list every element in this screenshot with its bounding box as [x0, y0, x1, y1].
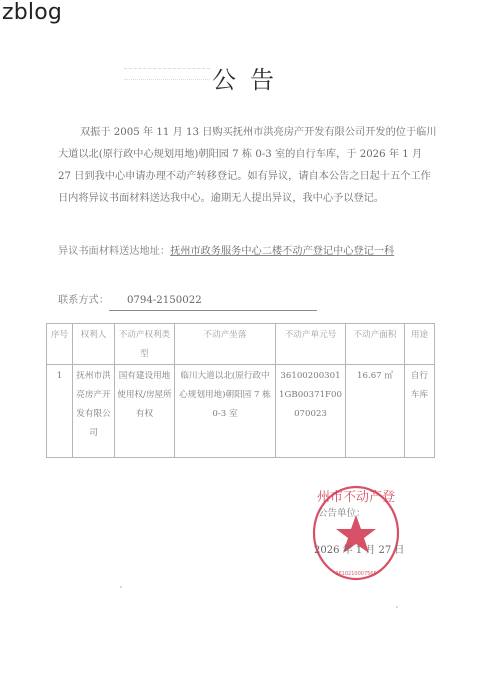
document-title: 公告 — [212, 60, 288, 95]
cell-area: 16.67 ㎡ — [346, 365, 405, 458]
header-area: 不动产面积 — [346, 324, 405, 365]
watermark-text: zblog — [2, 0, 62, 25]
notice-body: 双振于 2005 年 11 月 13 日购买抚州市洪亮房产开发有限公司开发的位于… — [58, 122, 438, 210]
svg-text:州市不动产登: 州市不动产登 — [317, 489, 395, 505]
header-location: 不动产坐落 — [175, 324, 276, 365]
contact-label: 联系方式： — [58, 295, 109, 306]
registration-table: 序号 权利人 不动产权利类型 不动产坐落 不动产单元号 不动产面积 用途 1 抚… — [46, 323, 435, 458]
faded-header-marks — [124, 68, 210, 80]
cell-index: 1 — [47, 365, 73, 458]
address-label: 异议书面材料送达地址： — [58, 246, 170, 257]
header-right-type: 不动产权利类型 — [115, 324, 175, 365]
header-unit-no: 不动产单元号 — [276, 324, 346, 365]
cell-location: 临川大道以北(原行政中心规划用地)朝阳园 7 栋 0-3 室 — [175, 365, 276, 458]
cell-owner: 抚州市洪亮房产开发有限公司 — [73, 365, 115, 458]
seal-stamp-icon: 州市不动产登 3610210007565 — [286, 479, 424, 585]
header-usage: 用途 — [405, 324, 435, 365]
cell-unit-no: 361002003011GB00371F00070023 — [276, 365, 346, 458]
address-line: 异议书面材料送达地址：抚州市政务服务中心二楼不动产登记中心登记一科 — [58, 241, 448, 263]
official-seal: 州市不动产登 3610210007565 — [286, 479, 424, 585]
paper-speck — [120, 586, 122, 588]
table-header-row: 序号 权利人 不动产权利类型 不动产坐落 不动产单元号 不动产面积 用途 — [47, 324, 435, 365]
cell-right-type: 国有建设用地使用权/房屋所有权 — [115, 365, 175, 458]
seal-date: 2026 年 1 月 27 日 — [314, 541, 404, 556]
contact-value: 0794-2150022 — [109, 292, 317, 311]
svg-text:3610210007565: 3610210007565 — [335, 571, 376, 577]
header-owner: 权利人 — [73, 324, 115, 365]
paper-speck — [396, 606, 398, 608]
address-value: 抚州市政务服务中心二楼不动产登记中心登记一科 — [170, 246, 394, 257]
cell-usage: 自行车库 — [405, 365, 435, 458]
seal-unit-label: 公告单位： — [318, 505, 366, 519]
table-row: 1 抚州市洪亮房产开发有限公司 国有建设用地使用权/房屋所有权 临川大道以北(原… — [47, 365, 435, 458]
contact-line: 联系方式：0794-2150022 — [58, 292, 317, 311]
header-index: 序号 — [47, 324, 73, 365]
